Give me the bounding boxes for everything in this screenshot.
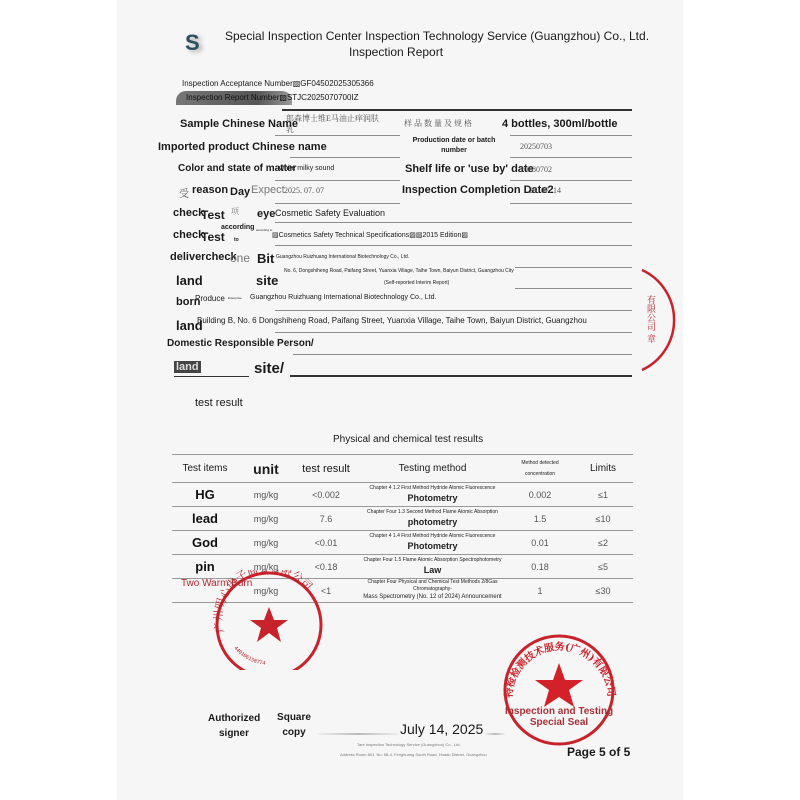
method-line1: Chapter Four 1.5 Flame Atomic Absorption… (360, 557, 505, 564)
client-label-1: delivercheck (170, 251, 237, 263)
results-section-label: test result (195, 397, 243, 409)
basis-label-4: to (234, 237, 239, 243)
square-copy-line1: Square (272, 710, 316, 725)
address-label-2: site (256, 273, 278, 288)
results-header-row: Test items unit test result Testing meth… (172, 455, 633, 483)
receipt-label-1: 受 (179, 185, 189, 200)
inspection-seal-right: 特检检测技术服务(广州)有限公司 (500, 628, 618, 746)
row-line (293, 354, 632, 355)
col-test-result: test result (294, 455, 358, 483)
testing-method-cell: Chapter Four 1.3 Second Method Flame Ato… (358, 507, 507, 531)
receipt-date: 2025. 07. 07 (284, 186, 324, 195)
basis-label-1: check (173, 229, 204, 241)
test-item-cell: lead (172, 507, 238, 531)
results-table-title: Physical and chemical test results (333, 434, 483, 445)
report-title: Inspection Report (349, 45, 443, 59)
color-value: white milky sound (279, 165, 334, 172)
producer-value: Guangzhou Ruizhuang International Biotec… (250, 294, 436, 301)
method-line1: Chapter 4 1.2 First Method Hydride Atomi… (360, 485, 505, 492)
report-date: July 14, 2025 (400, 721, 483, 737)
testing-method-cell: Chapter Four 1.5 Flame Atomic Absorption… (358, 555, 507, 579)
partial-seal-edge: 有限公司 章 (636, 265, 686, 375)
production-label-line1: Production date or batch (408, 137, 500, 144)
row-line (290, 375, 632, 377)
row-line (510, 135, 632, 136)
address-label-1: land (176, 273, 203, 288)
seal-caption-line1: Inspection and Testing (505, 706, 613, 717)
quantity-label: 样 品 数 量 及 规 格 (404, 118, 472, 129)
testing-method-cell: Chapter 4 1.2 First Method Hydride Atomi… (358, 483, 507, 507)
acceptance-number: Inspection Acceptance Number▨GF045020253… (182, 79, 374, 88)
method-line1: Chapter Four 1.3 Second Method Flame Ato… (360, 509, 505, 516)
quantity-value: 4 bottles, 300ml/bottle (502, 118, 618, 130)
sample-name-value-2: 乳 (286, 124, 294, 135)
square-copy-line2: copy (272, 725, 316, 740)
page-number: Page 5 of 5 (567, 745, 630, 759)
row-line (174, 376, 249, 377)
method-line2: Photometry (360, 492, 505, 505)
method-line2: Mass Spectrometry (No. 12 of 2024) Annou… (360, 593, 505, 601)
unit-cell: mg/kg (238, 483, 294, 507)
limit-cell: ≤10 (573, 507, 633, 531)
company-logo: S (185, 30, 200, 56)
method-line2: Photometry (360, 540, 505, 553)
testing-method-cell: Chapter 4 1.4 First Method Hydride Atomi… (358, 531, 507, 555)
col-testing-method: Testing method (358, 455, 507, 483)
table-row: HGmg/kg<0.002Chapter 4 1.2 First Method … (172, 483, 633, 507)
test-result-cell: <0.002 (294, 483, 358, 507)
sample-name-value: 郎森博士维E马油止痒润肤 (286, 113, 379, 124)
row-line (275, 245, 632, 246)
receipt-label-3: Day (230, 186, 250, 198)
footer-line-left (318, 733, 398, 735)
production-label-line2: number (408, 147, 500, 154)
detected-cell: 0.002 (507, 483, 573, 507)
seal-caption: Inspection and Testing Special Seal (505, 706, 613, 728)
item-two-warm-label: Two Warm Burn (181, 578, 252, 589)
receipt-label-2: reason (192, 184, 228, 196)
method-line1: Chapter Four Physical and Chemical Test … (360, 579, 505, 593)
footer-line-right (485, 733, 505, 735)
authorized-signer: Authorized signer (208, 711, 260, 741)
imported-name-label: Imported product Chinese name (158, 141, 327, 153)
method-line1: Chapter 4 1.4 First Method Hydride Atomi… (360, 533, 505, 540)
responsible-address-label-1: land (174, 361, 201, 373)
row-line (510, 157, 632, 158)
row-line (515, 267, 632, 268)
row-line (510, 180, 632, 181)
testing-method-cell: Chapter Four Physical and Chemical Test … (358, 579, 507, 603)
test-item-cell: God (172, 531, 238, 555)
shelf-life-value: 20280702 (520, 165, 552, 174)
header-divider (282, 109, 632, 111)
detected-cell: 0.18 (507, 555, 573, 579)
row-line (275, 135, 400, 136)
unit-cell: mg/kg (238, 531, 294, 555)
producer-label-2: Produce (195, 294, 225, 303)
row-line (275, 222, 632, 223)
address-note: (Self-reported Interim Report) (384, 280, 449, 286)
responsible-person-label: Domestic Responsible Person/ (167, 338, 314, 349)
producer-address-value: Building B, No. 6 Dongshiheng Road, Paif… (197, 316, 587, 325)
test-result-cell: <0.01 (294, 531, 358, 555)
col-method-detected: Method detected concentration (507, 455, 573, 483)
client-label-3: Bit (257, 251, 274, 266)
col-test-items: Test items (172, 455, 238, 483)
row-line (515, 288, 632, 289)
company-name: Special Inspection Center Inspection Tec… (225, 29, 649, 43)
method-line2: Law (360, 564, 505, 577)
row-line (275, 203, 400, 204)
authorized-line1: Authorized (208, 711, 260, 726)
detected-cell: 0.01 (507, 531, 573, 555)
row-line (275, 332, 632, 333)
row-line (275, 310, 632, 311)
table-row: leadmg/kg7.6Chapter Four 1.3 Second Meth… (172, 507, 633, 531)
production-label: Production date or batch number (408, 137, 500, 154)
test-item-value: Cosmetic Safety Evaluation (275, 208, 385, 218)
sample-name-label: Sample Chinese Name (180, 118, 298, 130)
completion-date: 25. 07. 14 (529, 186, 561, 195)
detected-cell: 1 (507, 579, 573, 603)
col-limits: Limits (573, 455, 633, 483)
test-item-label-4: eye (257, 208, 275, 220)
client-value: Guangzhou Ruizhuang International Biotec… (276, 254, 409, 260)
responsible-address-label-2: site/ (254, 360, 284, 377)
basis-value: ▨Cosmetics Safety Technical Specificatio… (272, 231, 468, 239)
svg-text:440106158774: 440106158774 (232, 645, 265, 666)
limit-cell: ≤1 (573, 483, 633, 507)
report-number: Inspection Report Number▨STJC2025070700I… (176, 91, 292, 105)
test-result-cell: 7.6 (294, 507, 358, 531)
producer-label-3: Enterprise (228, 296, 242, 300)
table-row: Godmg/kg<0.01Chapter 4 1.4 First Method … (172, 531, 633, 555)
method-line2: photometry (360, 516, 505, 529)
basis-label-5: according to (256, 228, 272, 232)
square-copy: Square copy (272, 710, 316, 740)
limit-cell: ≤30 (573, 579, 633, 603)
unit-cell: mg/kg (238, 507, 294, 531)
seal-caption-line2: Special Seal (505, 717, 613, 728)
production-value: 20250703 (520, 142, 552, 151)
row-line (510, 203, 632, 204)
address-value: No. 6, Dongshiheng Road, Paifang Street,… (284, 268, 514, 274)
basis-label-3: according (221, 224, 254, 231)
test-item-cell: HG (172, 483, 238, 507)
row-line (275, 180, 400, 181)
svg-text:有限公司 章: 有限公司 章 (645, 294, 656, 344)
detected-cell: 1.5 (507, 507, 573, 531)
limit-cell: ≤2 (573, 531, 633, 555)
authorized-line2: signer (208, 726, 260, 741)
test-item-label-3: 项 (231, 206, 239, 217)
test-item-label-2: Test (201, 208, 225, 222)
footer-company: Tare Inspection Technology Service (Guan… (357, 742, 461, 747)
col-unit: unit (238, 455, 294, 483)
limit-cell: ≤5 (573, 555, 633, 579)
row-line (290, 157, 400, 158)
shelf-life-label: Shelf life or 'use by' date (405, 163, 534, 175)
client-label-2: one (230, 251, 250, 265)
test-item-label-1: check (173, 207, 204, 219)
receipt-label-4: Expect (251, 184, 285, 196)
basis-label-2: Test (201, 230, 225, 244)
footer-address: Address Room 801, No. 58-4, Fenghuang So… (340, 752, 487, 757)
